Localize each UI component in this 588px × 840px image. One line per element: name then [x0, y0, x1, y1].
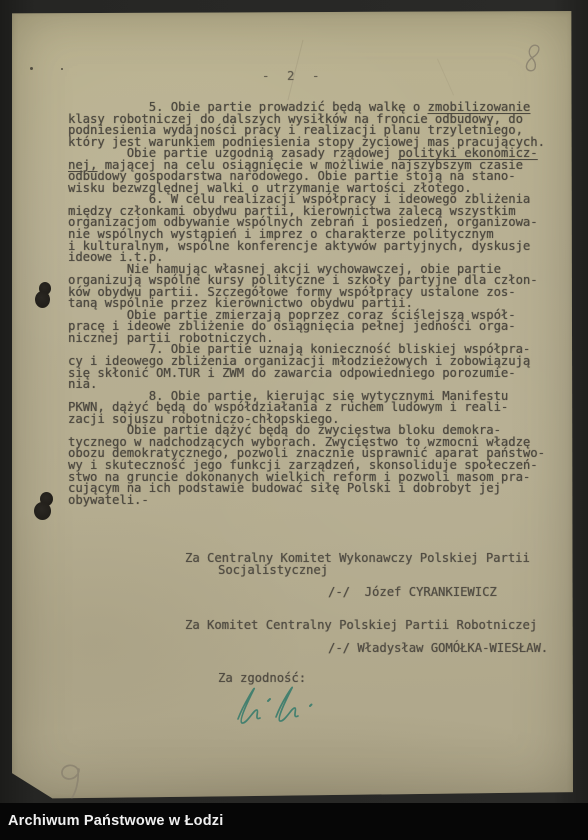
pencil-numeral-8 — [520, 41, 546, 77]
document-body-text: 5. Obie partie prowadzić będą walkę o zm… — [68, 102, 560, 506]
handwritten-signature — [224, 679, 354, 735]
archive-watermark-label: Archiwum Państwowe w Łodzi — [8, 813, 223, 829]
pps-signature-line: /-/ Józef CYRANKIEWICZ — [328, 585, 497, 599]
ppr-committee-line: Za Komitet Centralny Polskiej Partii Rob… — [185, 618, 537, 632]
archive-bar: Archiwum Państwowe w Łodzi — [0, 803, 588, 840]
page-number: - 2 - — [262, 69, 320, 83]
typed-line: obywateli.- — [68, 495, 560, 507]
ink-speck — [61, 68, 63, 70]
ink-blot — [33, 282, 53, 312]
paper-crease — [437, 59, 454, 96]
typed-line: się skłonić OM.TUR i ZWM do zawarcia odp… — [68, 368, 560, 380]
pps-committee-line2: Socjalistycznej — [218, 563, 328, 577]
ppr-signature-line: /-/ Władysław GOMÓŁKA-WIESŁAW. — [328, 641, 548, 655]
ink-blot — [32, 492, 56, 524]
scanned-document-page: - 2 - 5. Obie partie prowadzić będą walk… — [12, 11, 573, 800]
ink-speck — [30, 67, 33, 70]
